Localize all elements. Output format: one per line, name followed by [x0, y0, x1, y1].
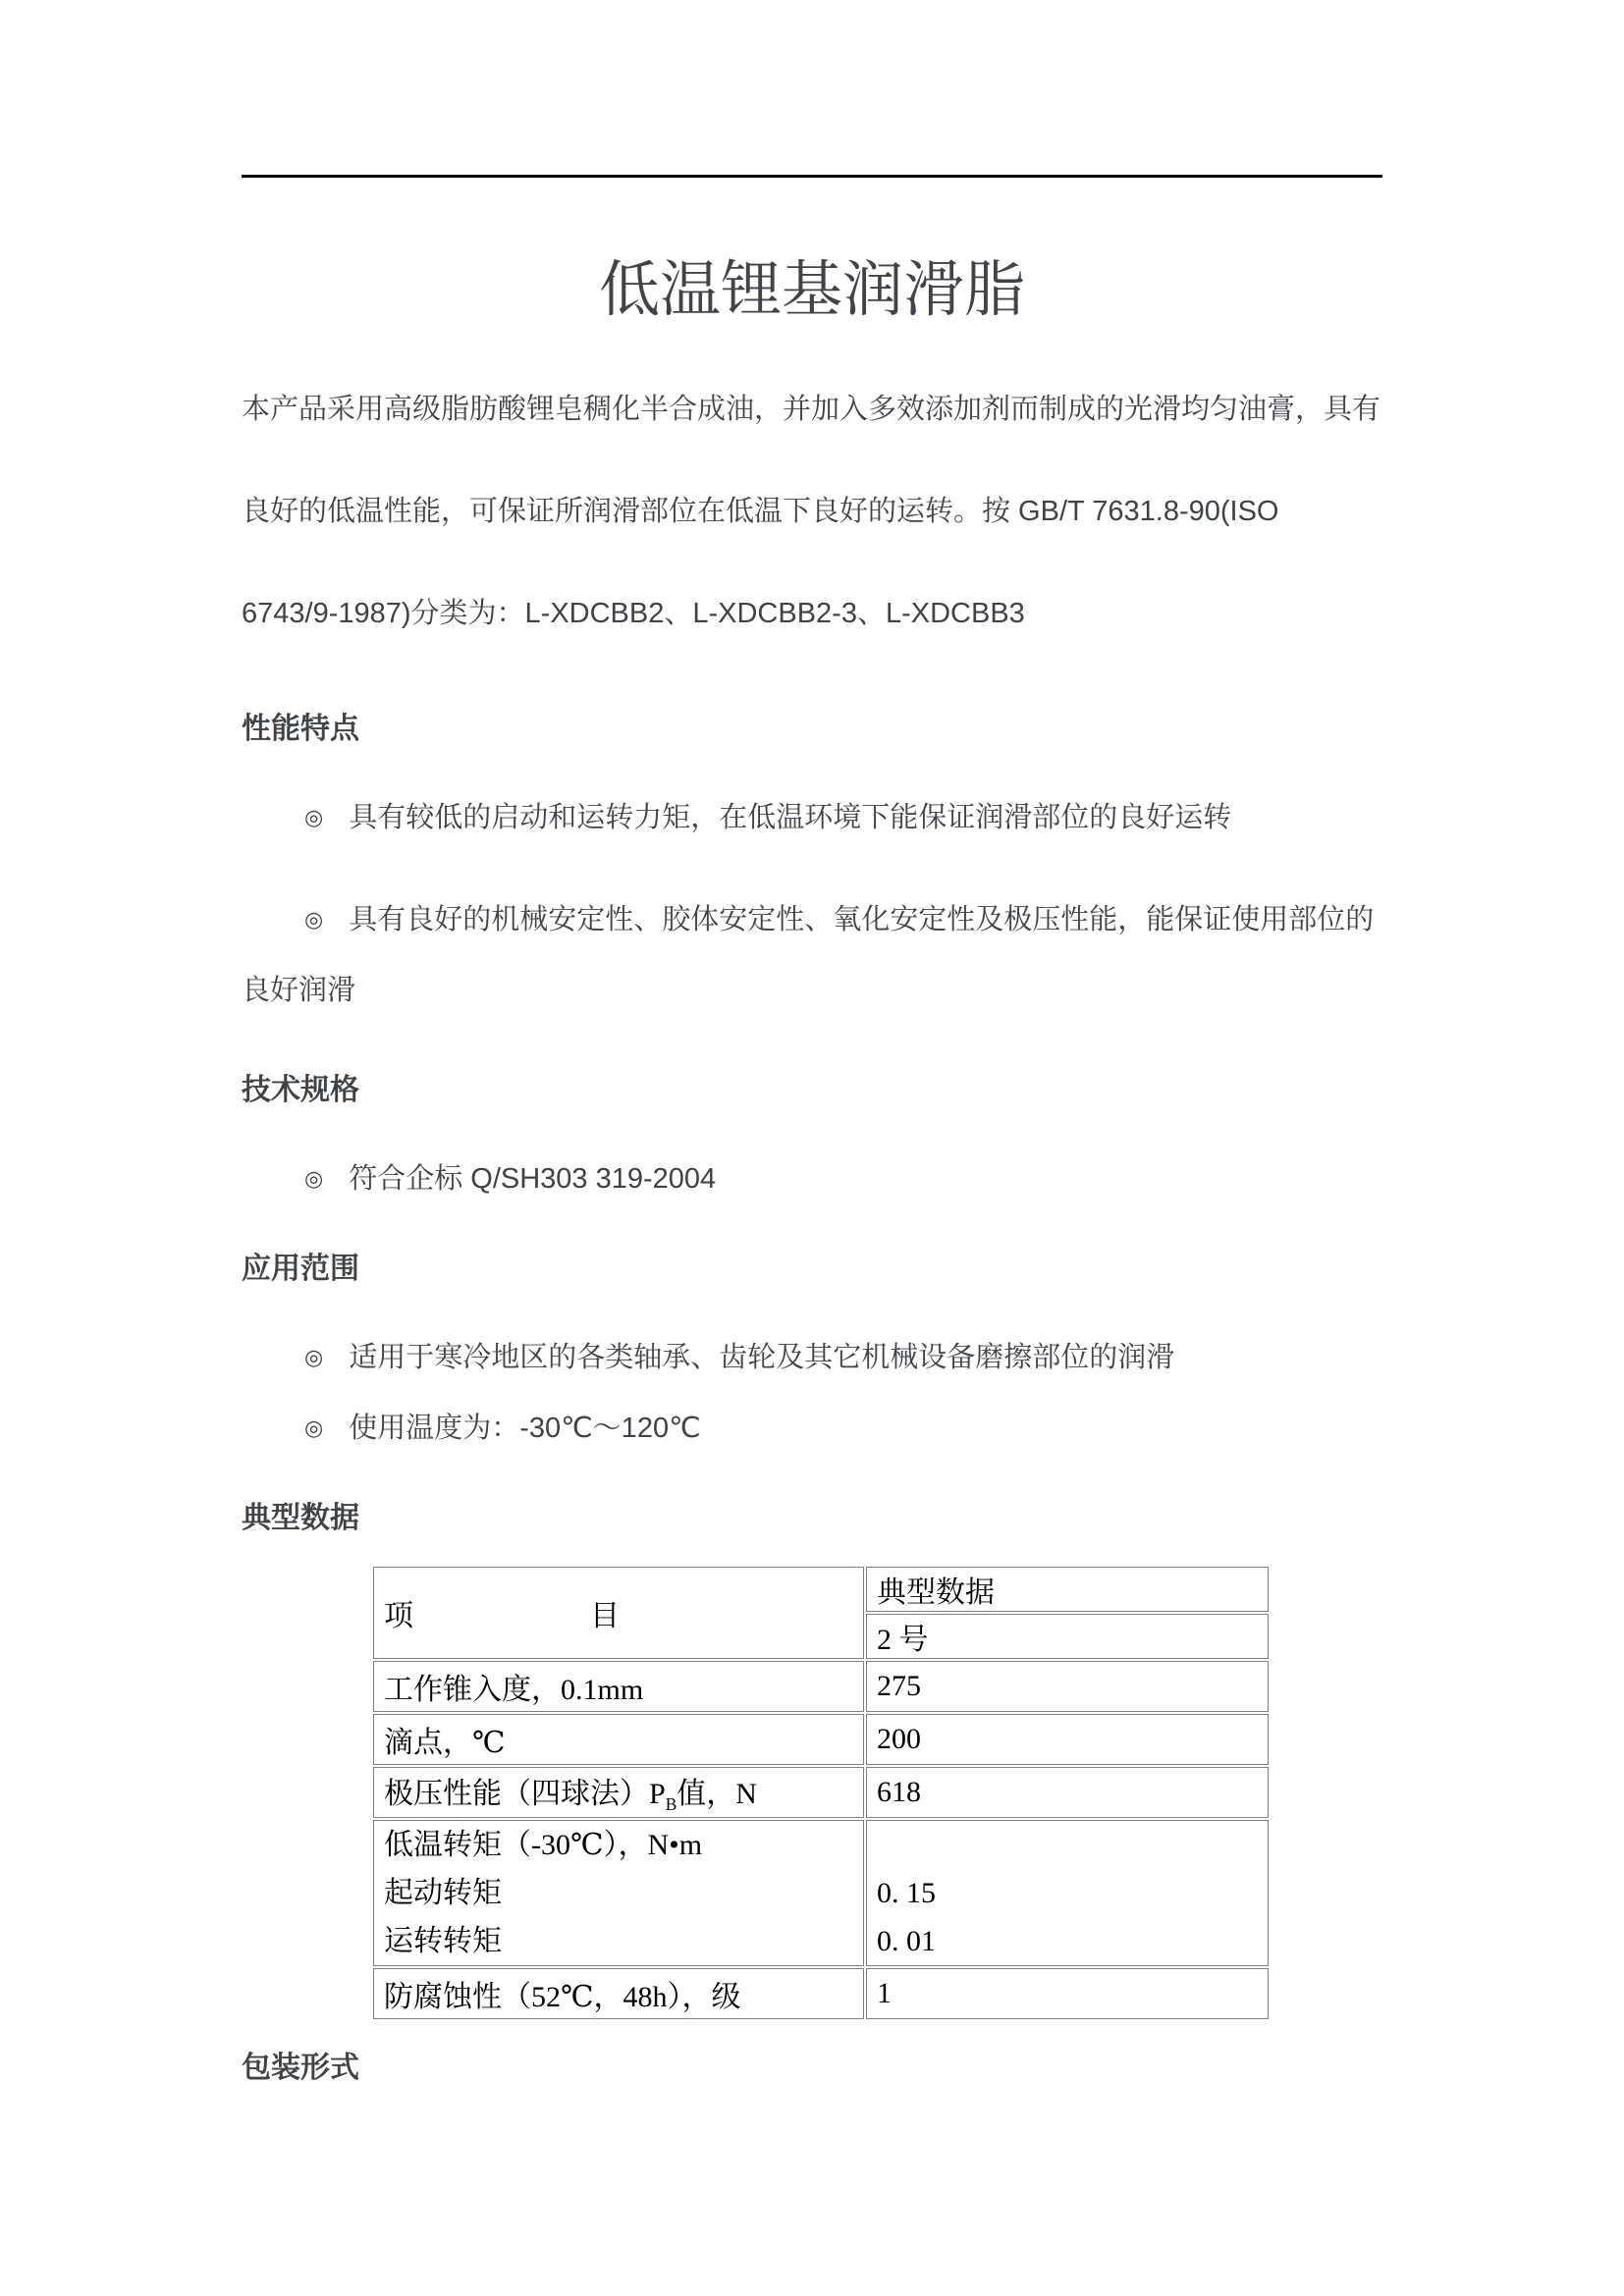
table-header-row: 项 目 典型数据	[373, 1567, 1269, 1612]
table-row: 防腐蚀性（52℃，48h），级 1	[373, 1968, 1269, 2019]
bullet-text: 适用于寒冷地区的各类轴承、齿轮及其它机械设备磨擦部位的润滑	[349, 1342, 1174, 1373]
bullet-line: ◎符合企标 Q/SH303 319-2004	[242, 1144, 1382, 1214]
typical-data-table: 项 目 典型数据 2 号 工作锥入度，0.1mm 275 滴点，℃ 200 极压…	[371, 1565, 1271, 2021]
document-body: 本产品采用高级脂肪酸锂皂稠化半合成油，并加入多效添加剂而制成的光滑均匀油膏，具有…	[242, 358, 1382, 2090]
bullet-line: ◎适用于寒冷地区的各类轴承、齿轮及其它机械设备磨擦部位的润滑	[242, 1322, 1382, 1393]
bullet-text: 符合企标 Q/SH303 319-2004	[349, 1163, 716, 1195]
bullet-marker: ◎	[304, 805, 323, 829]
bullet-text: 具有良好的机械安定性、胶体安定性、氧化安定性及极压性能，能保证使用部位的	[349, 904, 1374, 935]
section-heading-applications: 应用范围	[242, 1248, 1382, 1291]
table-header-group: 典型数据	[866, 1567, 1269, 1612]
intro-paragraph: 本产品采用高级脂肪酸锂皂稠化半合成油，并加入多效添加剂而制成的光滑均匀油膏，具有…	[242, 358, 1382, 665]
cell-text-suffix: 值，N	[677, 1778, 757, 1810]
table-row: 低温转矩（-30℃），N•m 起动转矩 运转转矩 0. 15 0. 01	[373, 1820, 1269, 1966]
section-heading-typical-data: 典型数据	[242, 1497, 1382, 1540]
bullet-marker: ◎	[304, 1166, 323, 1191]
table-row: 工作锥入度，0.1mm 275	[373, 1661, 1269, 1712]
bullet-item: ◎符合企标 Q/SH303 319-2004	[242, 1144, 1382, 1214]
table-cell-item: 防腐蚀性（52℃，48h），级	[373, 1968, 864, 2019]
table-cell-item: 极压性能（四球法）PB值，N	[373, 1767, 864, 1818]
section-heading-specs: 技术规格	[242, 1069, 1382, 1112]
cell-text-subscript: B	[666, 1794, 677, 1814]
table-header-item: 项 目	[373, 1567, 864, 1659]
table-cell-value: 618	[866, 1767, 1269, 1818]
bullet-line: ◎具有良好的机械安定性、胶体安定性、氧化安定性及极压性能，能保证使用部位的	[242, 884, 1382, 955]
table-header-grade: 2 号	[866, 1614, 1269, 1659]
intro-line-1: 本产品采用高级脂肪酸锂皂稠化半合成油，并加入多效添加剂而制成的光滑均匀油膏，具有	[242, 358, 1382, 460]
bullet-marker: ◎	[304, 1415, 323, 1440]
bullet-continuation: 良好润滑	[242, 955, 1382, 1026]
table-cell-value: 0. 15 0. 01	[866, 1820, 1269, 1966]
table-cell-item: 滴点，℃	[373, 1714, 864, 1765]
section-heading-packaging: 包装形式	[242, 2047, 1382, 2090]
table-row: 极压性能（四球法）PB值，N 618	[373, 1767, 1269, 1818]
bullet-item: ◎适用于寒冷地区的各类轴承、齿轮及其它机械设备磨擦部位的润滑	[242, 1322, 1382, 1393]
bullet-text: 具有较低的启动和运转力矩，在低温环境下能保证润滑部位的良好运转	[349, 802, 1231, 833]
table-cell-value: 1	[866, 1968, 1269, 2019]
cell-line: 0. 01	[877, 1917, 1258, 1965]
bullet-item: ◎具有良好的机械安定性、胶体安定性、氧化安定性及极压性能，能保证使用部位的 良好…	[242, 884, 1382, 1026]
cell-line	[877, 1821, 1258, 1869]
cell-line: 0. 15	[877, 1869, 1258, 1917]
section-heading-performance: 性能特点	[242, 708, 1382, 751]
cell-line: 低温转矩（-30℃），N•m	[384, 1821, 853, 1869]
cell-line: 起动转矩	[384, 1869, 853, 1917]
table-cell-item: 工作锥入度，0.1mm	[373, 1661, 864, 1712]
table-row: 滴点，℃ 200	[373, 1714, 1269, 1765]
cell-text-prefix: 极压性能（四球法）P	[384, 1778, 666, 1810]
page-title: 低温锂基润滑脂	[242, 256, 1382, 325]
bullet-item: ◎具有较低的启动和运转力矩，在低温环境下能保证润滑部位的良好运转	[242, 782, 1382, 853]
table-cell-value: 275	[866, 1661, 1269, 1712]
bullet-text: 使用温度为：-30℃～120℃	[349, 1413, 700, 1444]
intro-line-3: 6743/9-1987)分类为：L-XDCBB2、L-XDCBB2-3、L-XD…	[242, 562, 1382, 665]
header-divider	[242, 175, 1382, 178]
bullet-line: ◎具有较低的启动和运转力矩，在低温环境下能保证润滑部位的良好运转	[242, 782, 1382, 853]
document-page: 低温锂基润滑脂 本产品采用高级脂肪酸锂皂稠化半合成油，并加入多效添加剂而制成的光…	[0, 0, 1624, 2296]
bullet-item: ◎使用温度为：-30℃～120℃	[242, 1393, 1382, 1464]
cell-line: 运转转矩	[384, 1917, 853, 1965]
bullet-marker: ◎	[304, 1345, 323, 1369]
bullet-line: ◎使用温度为：-30℃～120℃	[242, 1393, 1382, 1464]
bullet-marker: ◎	[304, 907, 323, 932]
intro-line-2: 良好的低温性能，可保证所润滑部位在低温下良好的运转。按 GB/T 7631.8-…	[242, 460, 1382, 562]
table-cell-value: 200	[866, 1714, 1269, 1765]
table-cell-item: 低温转矩（-30℃），N•m 起动转矩 运转转矩	[373, 1820, 864, 1966]
